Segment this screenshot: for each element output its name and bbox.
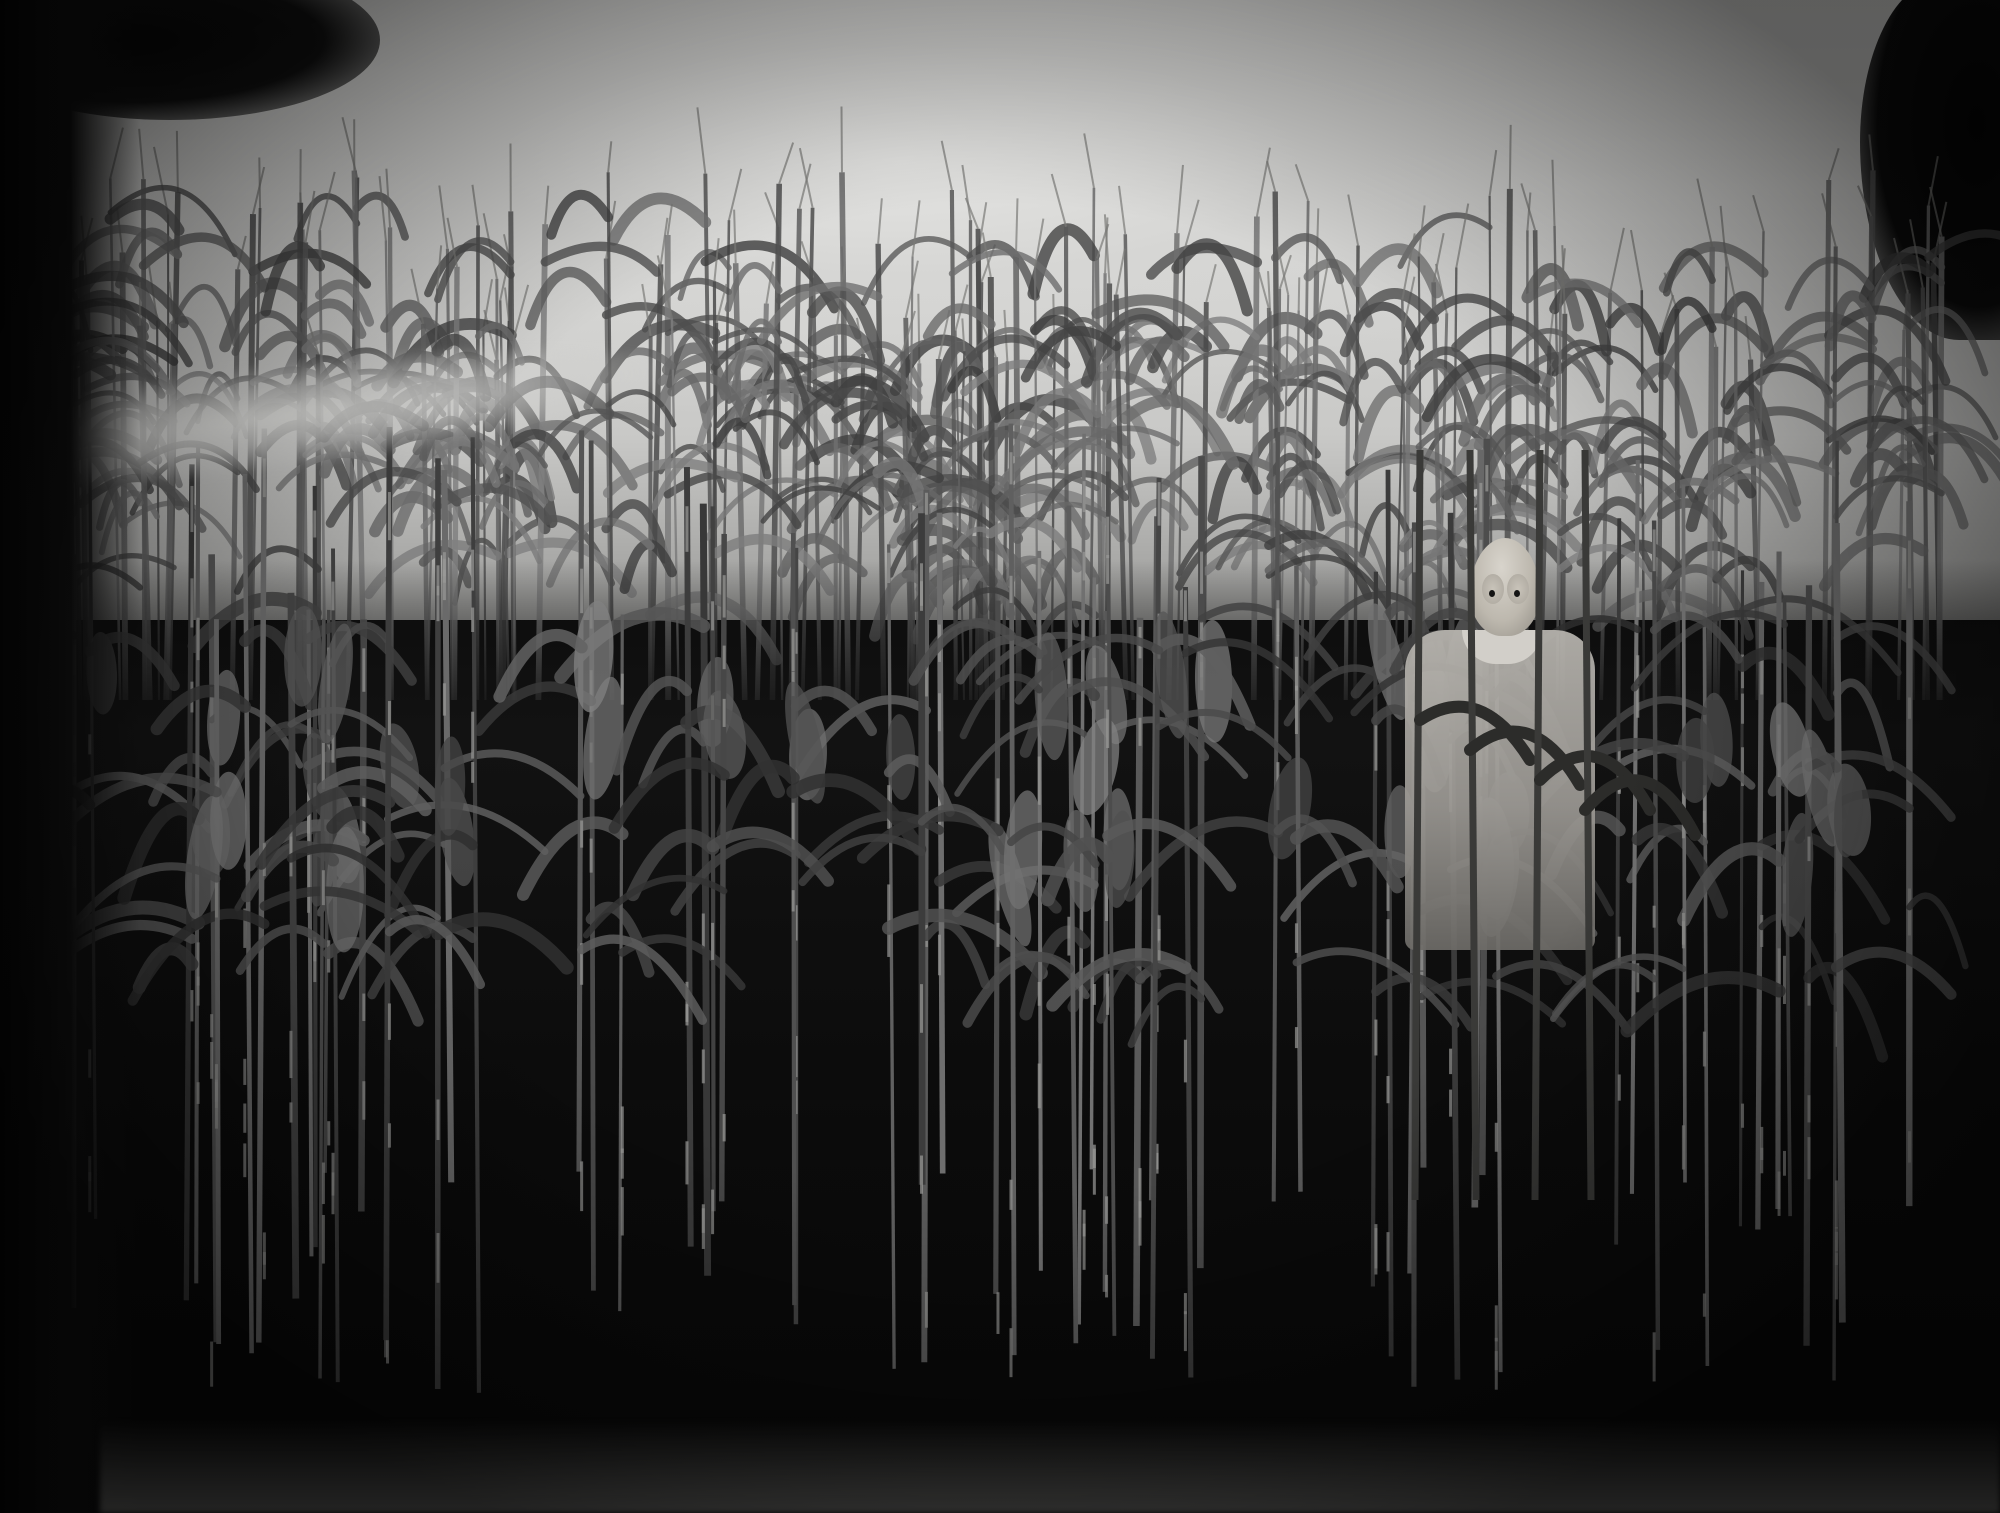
edge-shadow-left [0,0,140,1513]
photograph [0,0,2000,1513]
cornfield-overlay [0,0,2000,1513]
emulsion-brushmarks-bottom [100,1420,2000,1513]
